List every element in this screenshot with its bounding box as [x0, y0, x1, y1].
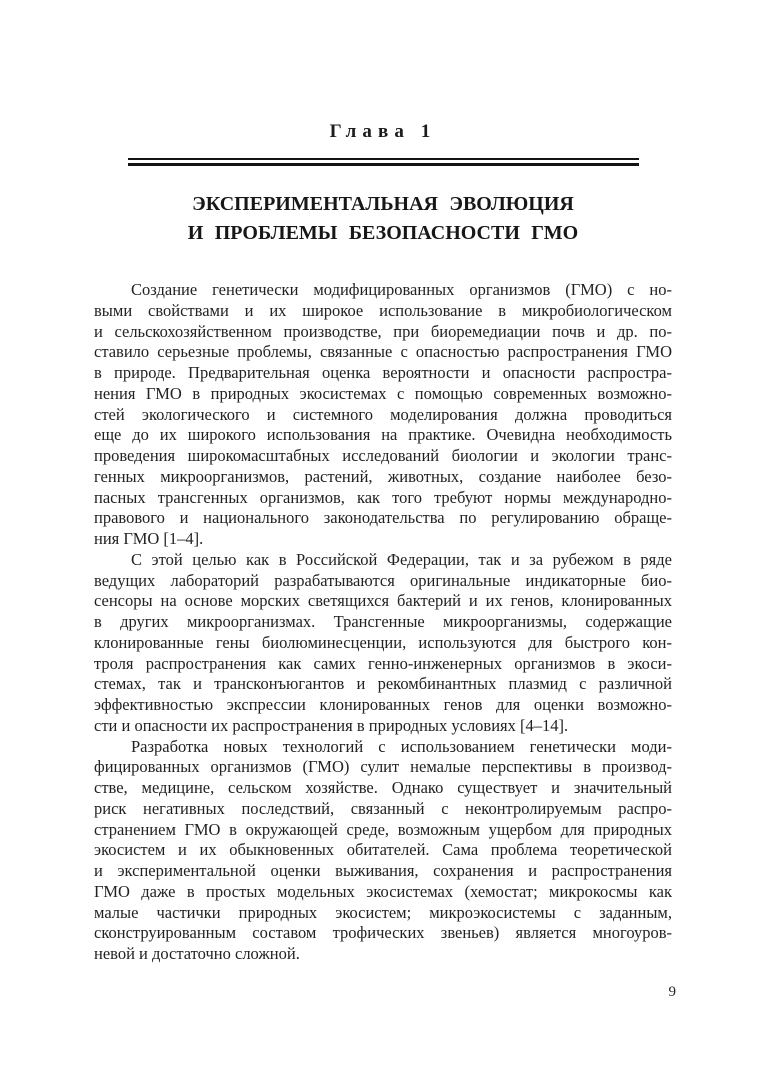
text-line: ния ГМО [1–4]. — [94, 529, 672, 550]
text-line: в других микроорганизмах. Трансгенные ми… — [94, 612, 672, 633]
text-line: Разработка новых технологий с использова… — [94, 737, 672, 758]
text-line: эффективностью экспрессии клонированных … — [94, 695, 672, 716]
text-line: еще до их широкого использования на прак… — [94, 425, 672, 446]
text-line: пасных трансгенных организмов, как того … — [94, 488, 672, 509]
text-line: в природе. Предварительная оценка вероят… — [94, 363, 672, 384]
text-line: выми свойствами и их широкое использован… — [94, 301, 672, 322]
paragraph: С этой целью как в Российской Федерации,… — [94, 550, 672, 737]
chapter-label: Глава 1 — [94, 120, 672, 144]
chapter-title: ЭКСПЕРИМЕНТАЛЬНАЯ ЭВОЛЮЦИЯ И ПРОБЛЕМЫ БЕ… — [94, 190, 672, 248]
text-line: нения ГМО в природных экосистемах с помо… — [94, 384, 672, 405]
text-line: стей экологического и системного моделир… — [94, 405, 672, 426]
text-line: ведущих лабораторий разрабатываются ориг… — [94, 571, 672, 592]
text-line: С этой целью как в Российской Федерации,… — [94, 550, 672, 571]
text-line: генных микроорганизмов, растений, животн… — [94, 467, 672, 488]
text-line: и сельскохозяйственном производстве, при… — [94, 322, 672, 343]
text-line: правового и национального законодательст… — [94, 508, 672, 529]
text-line: странением ГМО в окружающей среде, возмо… — [94, 820, 672, 841]
text-line: сти и опасности их распространения в при… — [94, 716, 672, 737]
text-line: стве, медицине, сельском хозяйстве. Одна… — [94, 778, 672, 799]
chapter-title-line-1: ЭКСПЕРИМЕНТАЛЬНАЯ ЭВОЛЮЦИЯ — [94, 190, 672, 219]
body-text: Создание генетически модифицированных ор… — [94, 280, 672, 965]
page-number: 9 — [669, 983, 677, 1001]
text-line: экосистем и их обыкновенных обитателей. … — [94, 840, 672, 861]
text-line: проведения широкомасштабных исследований… — [94, 446, 672, 467]
book-page: Глава 1 ЭКСПЕРИМЕНТАЛЬНАЯ ЭВОЛЮЦИЯ И ПРО… — [0, 0, 764, 1080]
text-line: фицированных организмов (ГМО) сулит нема… — [94, 757, 672, 778]
text-line: сконструированным составом трофических з… — [94, 923, 672, 944]
text-line: Создание генетически модифицированных ор… — [94, 280, 672, 301]
paragraph: Разработка новых технологий с использова… — [94, 737, 672, 965]
text-line: и экспериментальной оценки выживания, со… — [94, 861, 672, 882]
text-line: малые частички природных экосистем; микр… — [94, 903, 672, 924]
text-line: стемах, так и трансконъюгантов и рекомби… — [94, 674, 672, 695]
text-line: невой и достаточно сложной. — [94, 944, 672, 965]
text-line: ставило серьезные проблемы, связанные с … — [94, 342, 672, 363]
paragraph: Создание генетически модифицированных ор… — [94, 280, 672, 550]
text-line: троля распространения как самих генно-ин… — [94, 654, 672, 675]
chapter-divider-rule — [128, 158, 639, 166]
text-line: риск негативных последствий, связанный с… — [94, 799, 672, 820]
chapter-title-line-2: И ПРОБЛЕМЫ БЕЗОПАСНОСТИ ГМО — [94, 219, 672, 248]
text-line: клонированные гены биолюминесценции, исп… — [94, 633, 672, 654]
text-line: сенсоры на основе морских светящихся бак… — [94, 591, 672, 612]
text-line: ГМО даже в простых модельных экосистемах… — [94, 882, 672, 903]
